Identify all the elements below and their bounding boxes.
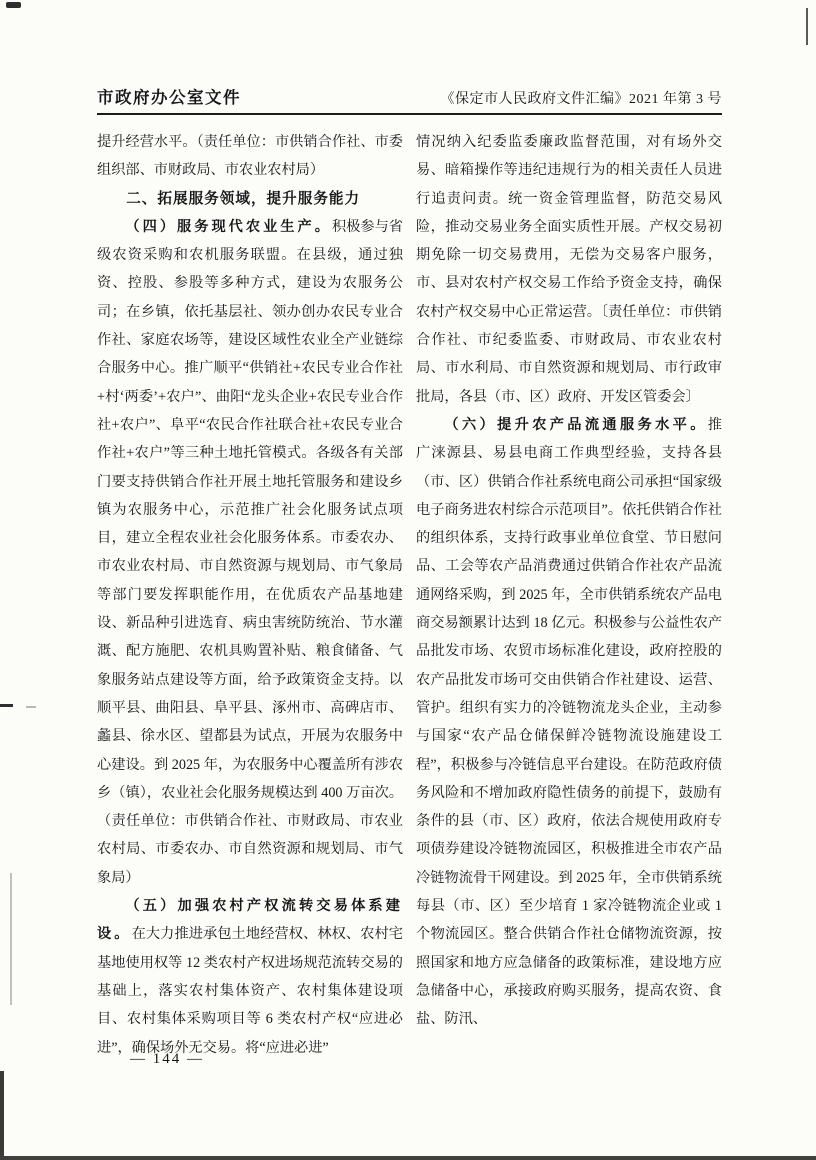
left-column: 提升经营水平。（责任单位：市供销合作社、市委组织部、市财政局、市农业农村局）二、… [97,128,403,1062]
header-left-title: 市政府办公室文件 [97,84,241,108]
subsection-lead: （六）提升农产品流通服务水平。 [444,417,707,433]
header-right-title: 《保定市人民政府文件汇编》2021 年第 3 号 [441,88,723,108]
scan-artifact-left-line [10,873,12,1005]
section-heading: 二、拓展服务领域，提升服务能力 [97,185,403,213]
scan-artifact-bottom-left-edge [0,1071,4,1160]
scan-artifact-bottom-edge [0,1156,816,1160]
paragraph: 提升经营水平。（责任单位：市供销合作社、市委组织部、市财政局、市农业农村局） [97,128,403,185]
document-page: 市政府办公室文件 《保定市人民政府文件汇编》2021 年第 3 号 提升经营水平… [97,0,722,1062]
scan-artifact-left-dash-faint [26,706,36,708]
subsection-lead: （四）服务现代农业生产。 [125,219,332,235]
paragraph: 情况纳入纪委监委廉政监督范围，对有场外交易、暗箱操作等违纪违规行为的相关责任人员… [416,128,722,411]
two-column-body: 提升经营水平。（责任单位：市供销合作社、市委组织部、市财政局、市农业农村局）二、… [97,128,722,1062]
scan-artifact-top-left [6,2,21,8]
paragraph: （四）服务现代农业生产。积极参与省级农资采购和农机服务联盟。在县级，通过独资、控… [97,213,403,892]
paragraph: （五）加强农村产权流转交易体系建设。在大力推进承包土地经营权、林权、农村宅基地使… [97,892,403,1062]
scan-artifact-right-edge [806,8,808,45]
scan-artifact-left-dash [0,704,13,707]
page-number: — 144 — [130,1051,204,1068]
page-header: 市政府办公室文件 《保定市人民政府文件汇编》2021 年第 3 号 [97,0,722,115]
subsection-lead: （五）加强农村产权流转交易体系建设。 [97,898,403,942]
paragraph: （六）提升农产品流通服务水平。推广涞源县、易县电商工作典型经验，支持各县（市、区… [416,411,722,1034]
right-column: 情况纳入纪委监委廉政监督范围，对有场外交易、暗箱操作等违纪违规行为的相关责任人员… [416,128,722,1062]
